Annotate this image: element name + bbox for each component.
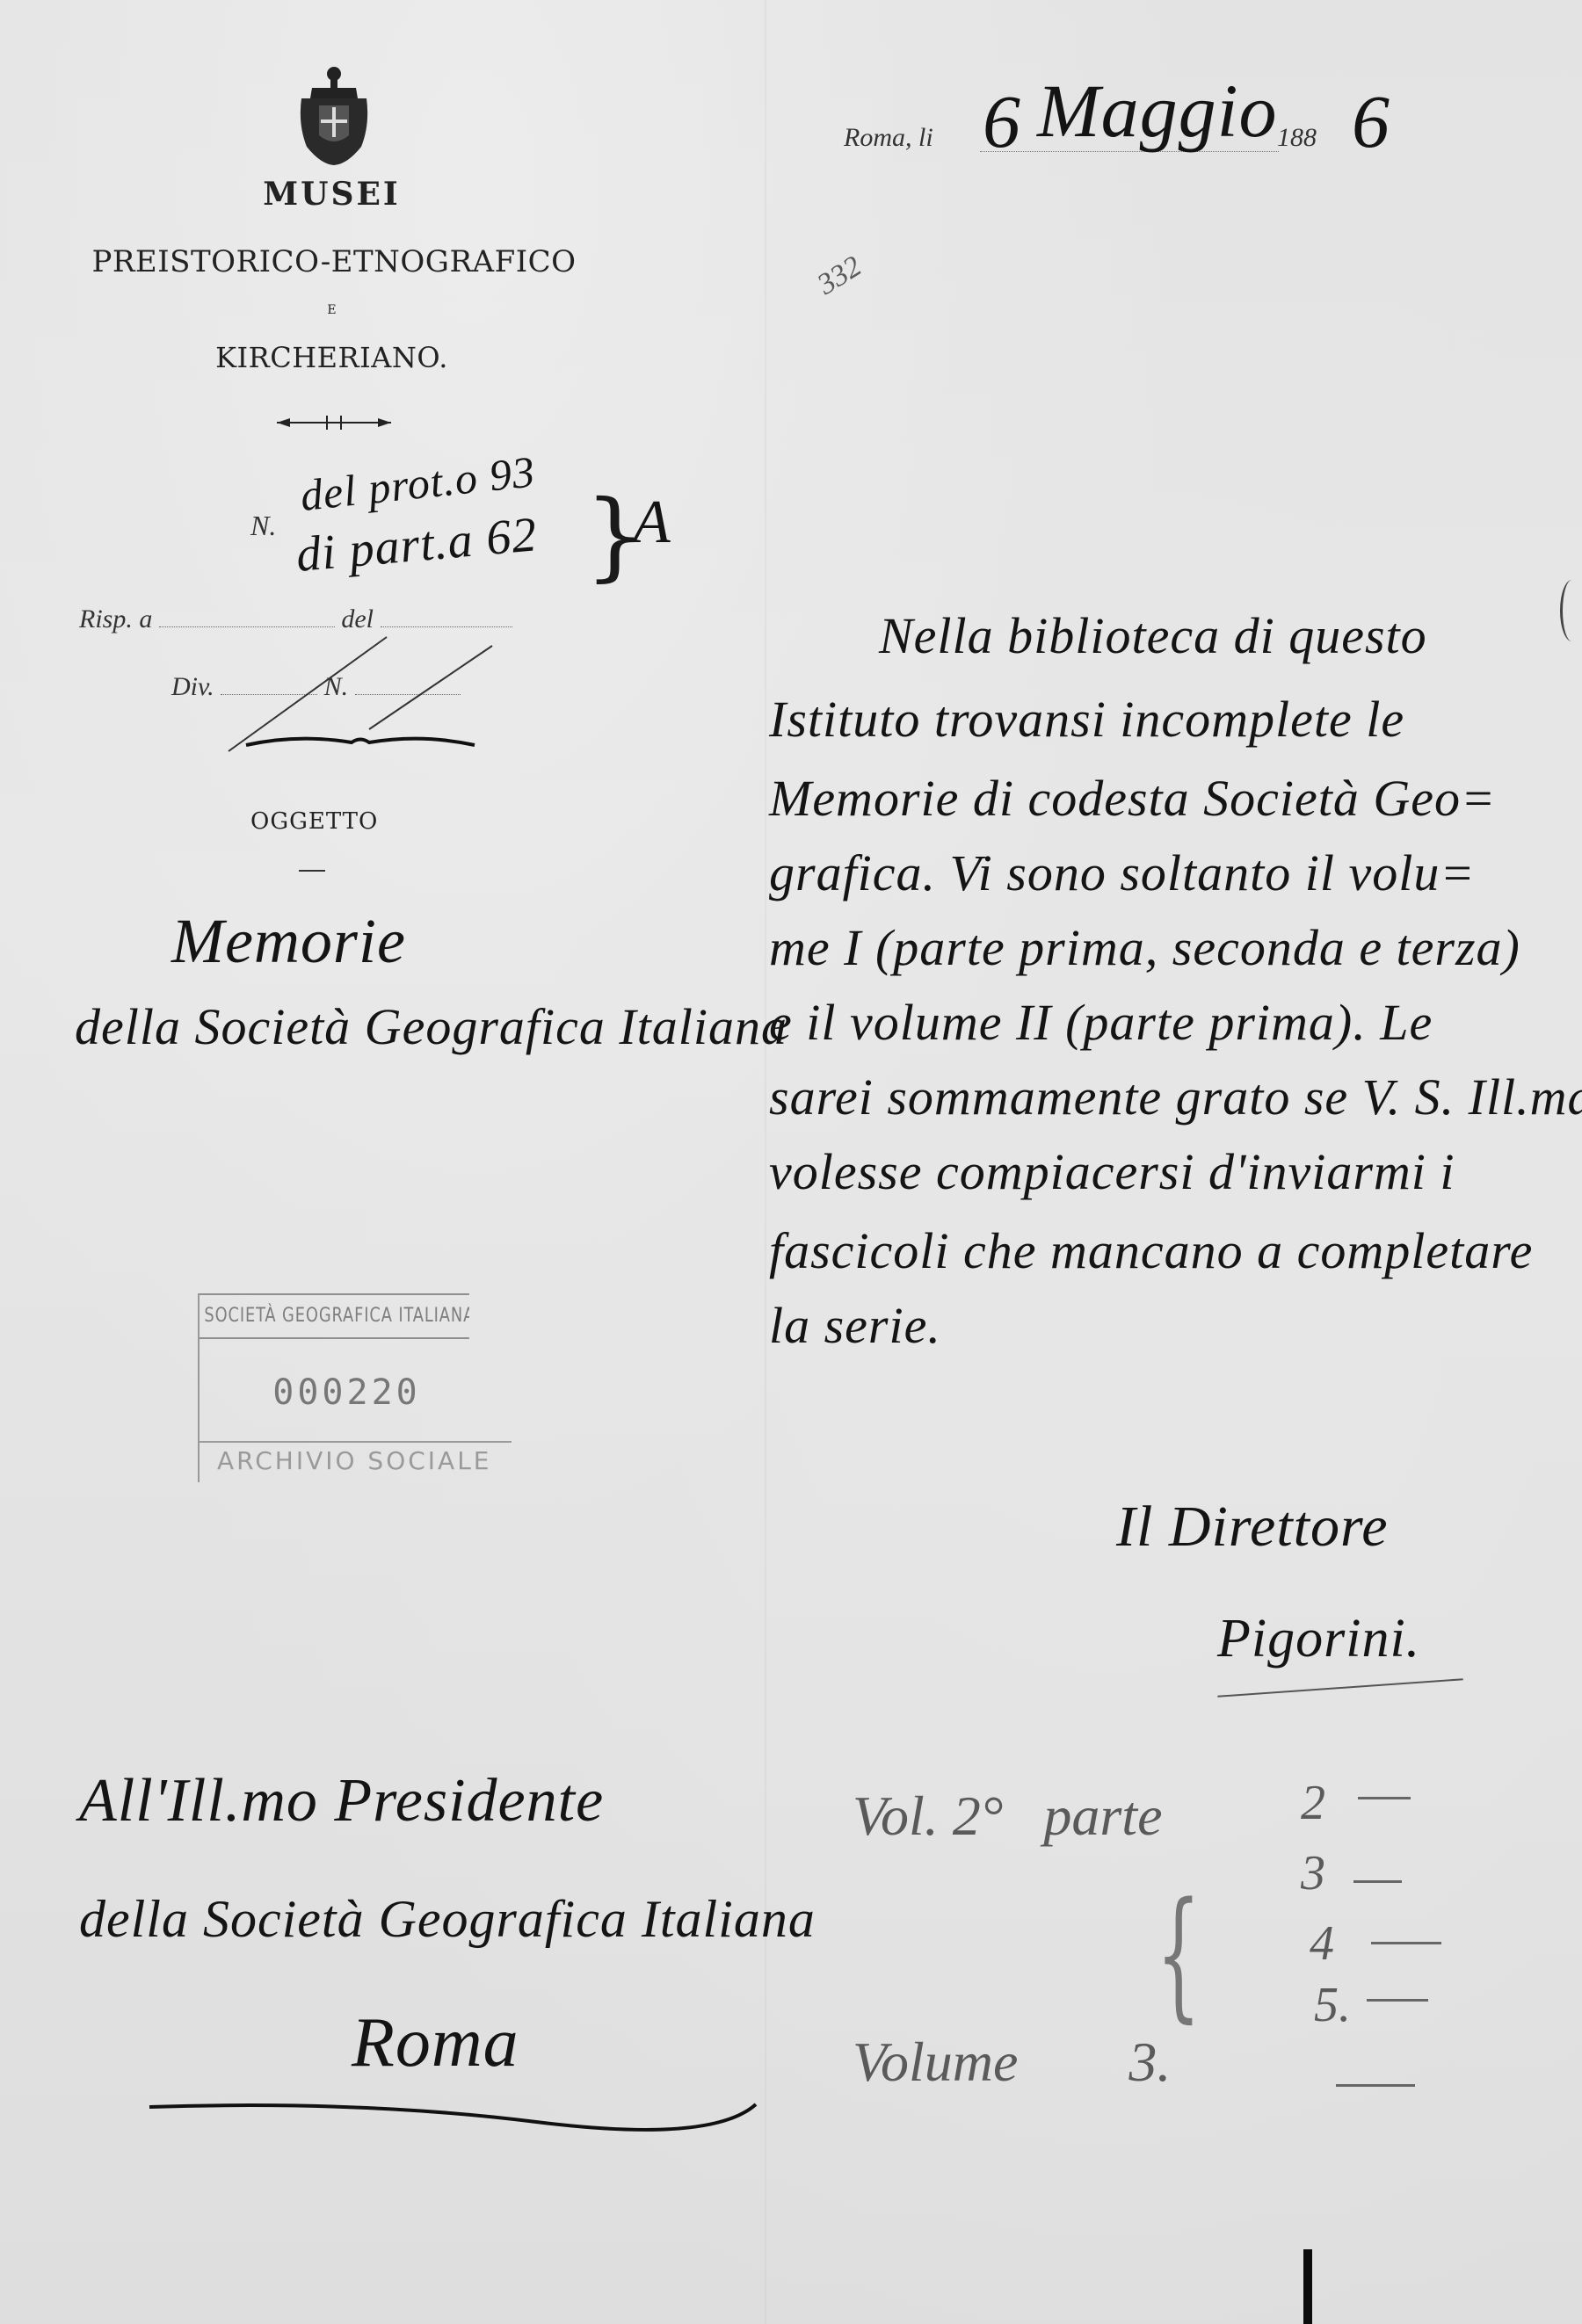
royal-coat-of-arms-icon [294, 63, 374, 169]
reply-to-label: Risp. a [79, 605, 152, 633]
date-year-printed: 188 [1277, 123, 1317, 153]
pencil-dash [1353, 1880, 1402, 1883]
pencil-note-volume3: Volume 3. [853, 2030, 1171, 2095]
body-line: Nella biblioteca di questo [879, 606, 1427, 665]
reply-date-field [381, 626, 512, 627]
stamp-society-name: SOCIETÀ GEOGRAFICA ITALIANA [200, 1293, 469, 1339]
pencil-dash [1358, 1797, 1411, 1799]
body-line: volesse compiacersi d'inviarmi i [769, 1142, 1455, 1201]
date-month: Maggio [1037, 67, 1278, 155]
date-day: 6 [983, 77, 1021, 165]
scan-edge-artifact [1303, 2249, 1312, 2324]
date-year-handwritten: 6 [1352, 77, 1390, 165]
division-label: Div. [171, 672, 214, 701]
body-line: la serie. [769, 1296, 941, 1355]
stamp-archive-label: ARCHIVIO SOCIALE [200, 1441, 512, 1475]
ornament-divider-icon [272, 413, 395, 432]
address-line2: della Società Geografica Italiana [79, 1889, 816, 1950]
pencil-dash [1336, 2084, 1415, 2087]
pencil-part-number: 3 [1301, 1845, 1325, 1901]
protocol-letter: A [633, 488, 671, 558]
signature: Pigorini. [1217, 1608, 1420, 1670]
institution-name-line2: PREISTORICO-ETNOGRAFICO [53, 244, 615, 279]
pencil-part-label: parte [1043, 1785, 1162, 1847]
address-flourish [141, 2091, 773, 2144]
institution-name-line3: KIRCHERIANO. [176, 341, 488, 374]
pencil-note-volume2: Vol. 2° parte [853, 1784, 1162, 1849]
address-line1: All'Ill.mo Presidente [79, 1766, 604, 1836]
closing-title: Il Direttore [1116, 1494, 1389, 1560]
body-line: fascicoli che mancano a completare [769, 1221, 1533, 1280]
subject-line1: Memorie [171, 905, 406, 978]
body-line: e il volume II (parte prima). Le [769, 993, 1433, 1052]
reply-date-label: del [341, 605, 374, 633]
date-place-label: Roma, li [844, 123, 933, 153]
pencil-part-number: 4 [1310, 1915, 1334, 1972]
body-line: grafica. Vi sono soltanto il volu= [769, 843, 1476, 902]
body-line: Memorie di codesta Società Geo= [769, 769, 1496, 828]
subject-label: OGGETTO [250, 808, 378, 835]
reply-to-row: Risp. a del [79, 605, 512, 634]
pencil-part-number: 2 [1301, 1775, 1325, 1831]
strike-through-marks [220, 633, 536, 764]
protocol-number-label: N. [250, 510, 276, 542]
pencil-dash [1371, 1942, 1441, 1944]
body-line: Istituto trovansi incomplete le [769, 690, 1404, 749]
body-line: me I (parte prima, seconda e terza) [769, 918, 1520, 977]
subject-ornament [299, 870, 325, 872]
pencil-part-number: 5. [1314, 1977, 1351, 2033]
address-line3: Roma [352, 2003, 519, 2083]
pencil-volume-label: Vol. 2° [853, 1785, 1003, 1847]
pencil-volume-value: 3. [1128, 2031, 1171, 2093]
paper-fold [765, 0, 766, 2324]
pencil-volume-label: Volume [853, 2031, 1018, 2093]
pencil-dash [1367, 1999, 1428, 2002]
pencil-brace: { [1156, 1872, 1201, 2036]
institution-conjunction: E [176, 303, 488, 317]
paper-edge-mark [1560, 580, 1582, 641]
institution-name-line1: MUSEI [176, 176, 488, 213]
reply-to-field [159, 626, 335, 627]
body-line: sarei sommamente grato se V. S. Ill.ma [769, 1068, 1582, 1126]
subject-line2: della Società Geografica Italiana [75, 997, 787, 1056]
archive-stamp: SOCIETÀ GEOGRAFICA ITALIANA 000220 ARCHI… [198, 1293, 494, 1482]
stamp-archive-number: 000220 [200, 1372, 494, 1413]
